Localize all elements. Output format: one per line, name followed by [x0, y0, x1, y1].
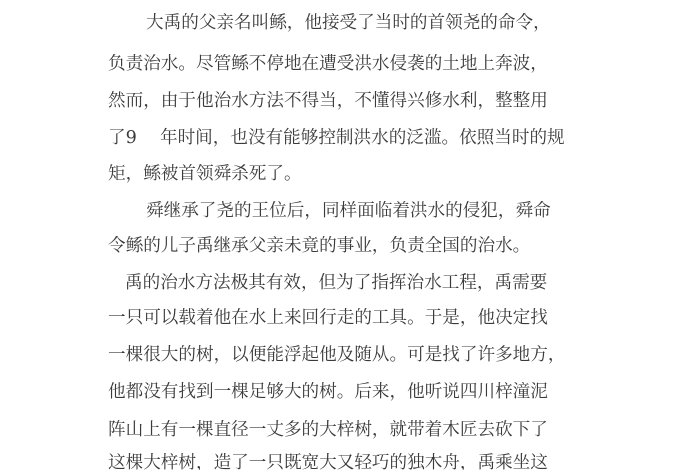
text-line: 了9 年时间，也没有能够控制洪水的泛滥。依照当时的规 [108, 126, 565, 150]
text-line: 阵山上有一棵直径一丈多的大梓树，就带着木匠去砍下了 [108, 418, 548, 442]
text-line: 舜继承了尧的王位后，同样面临着洪水的侵犯，舜命 [146, 199, 551, 223]
text-line: 他都没有找到一棵足够大的树。后来，他听说四川梓潼泥 [108, 380, 548, 404]
text-line: 一棵很大的树，以便能浮起他及随从。可是找了许多地方， [108, 343, 565, 367]
text-line: 大禹的父亲名叫鲧，他接受了当时的首领尧的命令， [146, 11, 551, 35]
text-line: 然而，由于他治水方法不得当，不懂得兴修水利，整整用 [108, 89, 548, 113]
text-line: 令鲧的儿子禹继承父亲未竟的事业，负责全国的治水。 [108, 234, 530, 258]
text-line: 负责治水。尽管鲧不停地在遭受洪水侵袭的土地上奔波， [108, 52, 548, 76]
text-line: 这棵大梓树，造了一只既宽大又轻巧的独木舟，禹乘坐这 [108, 451, 548, 470]
document-page: 大禹的父亲名叫鲧，他接受了当时的首领尧的命令， 负责治水。尽管鲧不停地在遭受洪水… [0, 0, 700, 470]
text-line: 矩，鲧被首领舜杀死了。 [108, 162, 302, 186]
text-line: 一只可以载着他在水上来回行走的工具。于是，他决定找 [108, 306, 548, 330]
text-line: 禹的治水方法极其有效，但为了指挥治水工程，禹需要 [125, 271, 547, 295]
